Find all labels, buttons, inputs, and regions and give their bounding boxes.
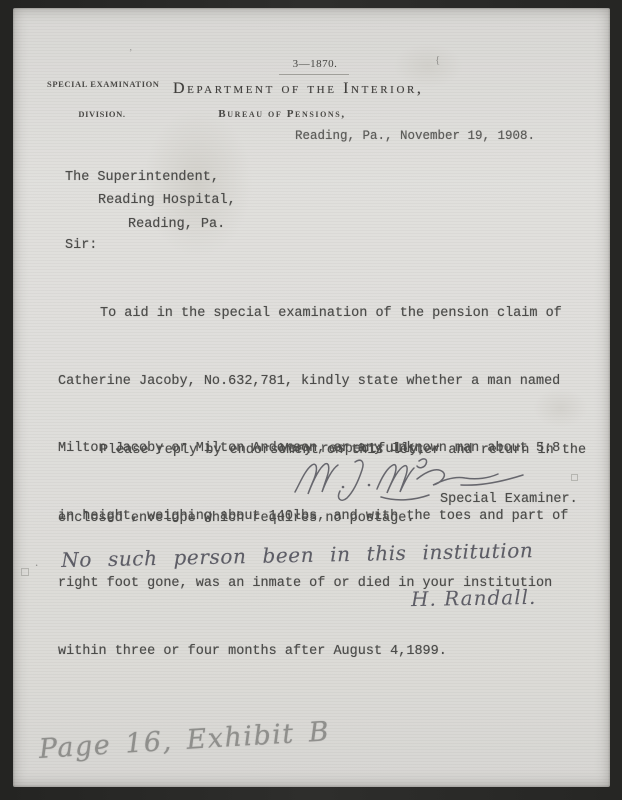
- address-line-2: Reading Hospital,: [98, 193, 236, 208]
- division-stamp-line1: SPECIAL EXAMINATION: [47, 79, 157, 89]
- ink-speck: {: [435, 54, 440, 66]
- division-stamp-line2: DIVISION.: [47, 109, 157, 119]
- page-exhibit-annotation: Page 16, Exhibit B: [38, 716, 331, 765]
- ink-speck: .: [35, 554, 38, 570]
- body-line: To aid in the special examination of the…: [100, 303, 568, 326]
- form-number-rule: [279, 74, 349, 75]
- salutation: Sir:: [65, 238, 97, 253]
- scanned-letter: SPECIAL EXAMINATION DIVISION. ’ 3—1870. …: [0, 0, 622, 800]
- body-line: within three or four months after August…: [58, 641, 568, 664]
- address-line-3: Reading, Pa.: [128, 217, 225, 232]
- department-name: Department of the Interior,: [173, 80, 408, 98]
- ink-speck: [21, 568, 29, 576]
- address-line-1: The Superintendent,: [65, 170, 219, 185]
- paper: SPECIAL EXAMINATION DIVISION. ’ 3—1870. …: [13, 8, 610, 787]
- ink-speck: [571, 474, 578, 481]
- form-number: 3—1870.: [275, 58, 355, 70]
- bureau-name: Bureau of Pensions,: [212, 108, 352, 120]
- examiner-title: Special Examiner.: [440, 492, 578, 507]
- body-line: Catherine Jacoby, No.632,781, kindly sta…: [58, 371, 568, 394]
- ink-speck: ’: [129, 48, 132, 59]
- body-line: enclosed envelope which requires no post…: [58, 508, 586, 531]
- endorsement-signature: H. Randall.: [411, 585, 537, 611]
- division-stamp: SPECIAL EXAMINATION DIVISION.: [47, 59, 157, 139]
- dateline: Reading, Pa., November 19, 1908.: [295, 129, 535, 143]
